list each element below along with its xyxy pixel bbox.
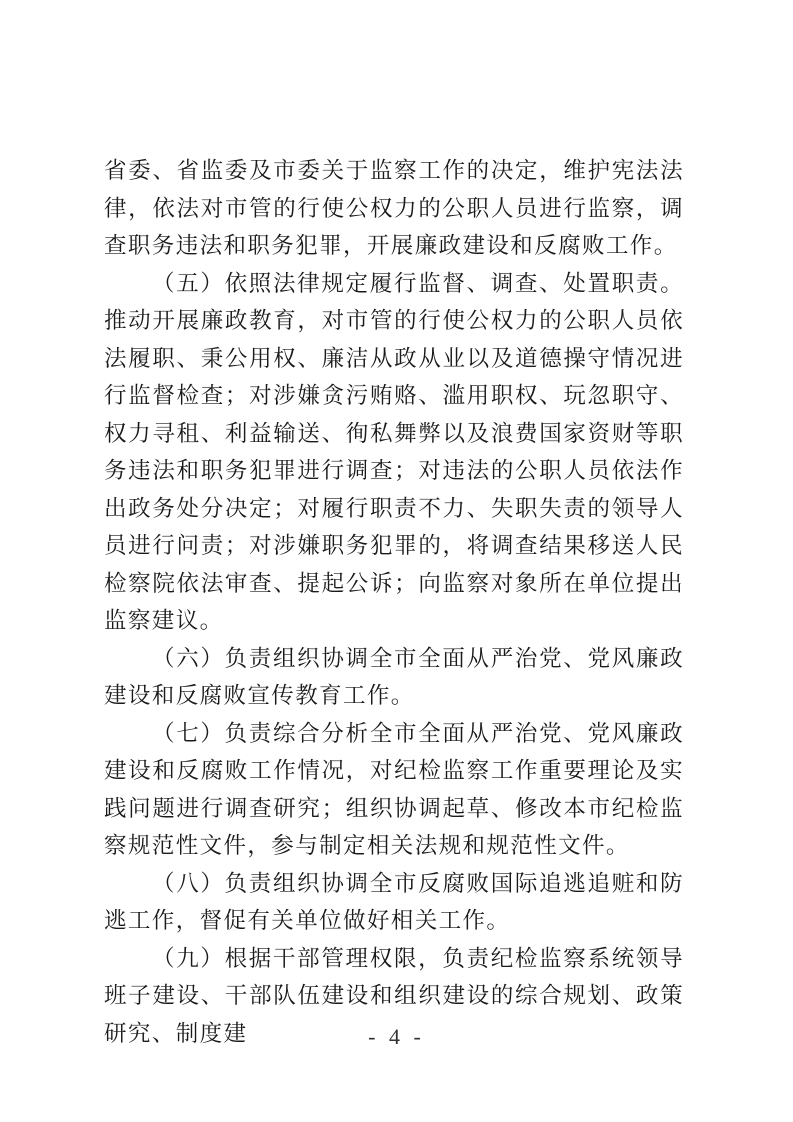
body-text: 省委、省监委及市委关于监察工作的决定，维护宪法法律，依法对市管的行使公权力的公职…	[104, 153, 684, 1053]
page-number: - 4 -	[0, 1024, 793, 1050]
paragraph-item-5: （五）依照法律规定履行监督、调查、处置职责。推动开展廉政教育，对市管的行使公权力…	[104, 266, 684, 641]
paragraph-item-8: （八）负责组织协调全市反腐败国际追逃追赃和防逃工作，督促有关单位做好相关工作。	[104, 866, 684, 941]
paragraph-continuation: 省委、省监委及市委关于监察工作的决定，维护宪法法律，依法对市管的行使公权力的公职…	[104, 153, 684, 266]
paragraph-item-6: （六）负责组织协调全市全面从严治党、党风廉政建设和反腐败宣传教育工作。	[104, 641, 684, 716]
document-page: 省委、省监委及市委关于监察工作的决定，维护宪法法律，依法对市管的行使公权力的公职…	[0, 0, 793, 1122]
paragraph-item-7: （七）负责综合分析全市全面从严治党、党风廉政建设和反腐败工作情况，对纪检监察工作…	[104, 716, 684, 866]
